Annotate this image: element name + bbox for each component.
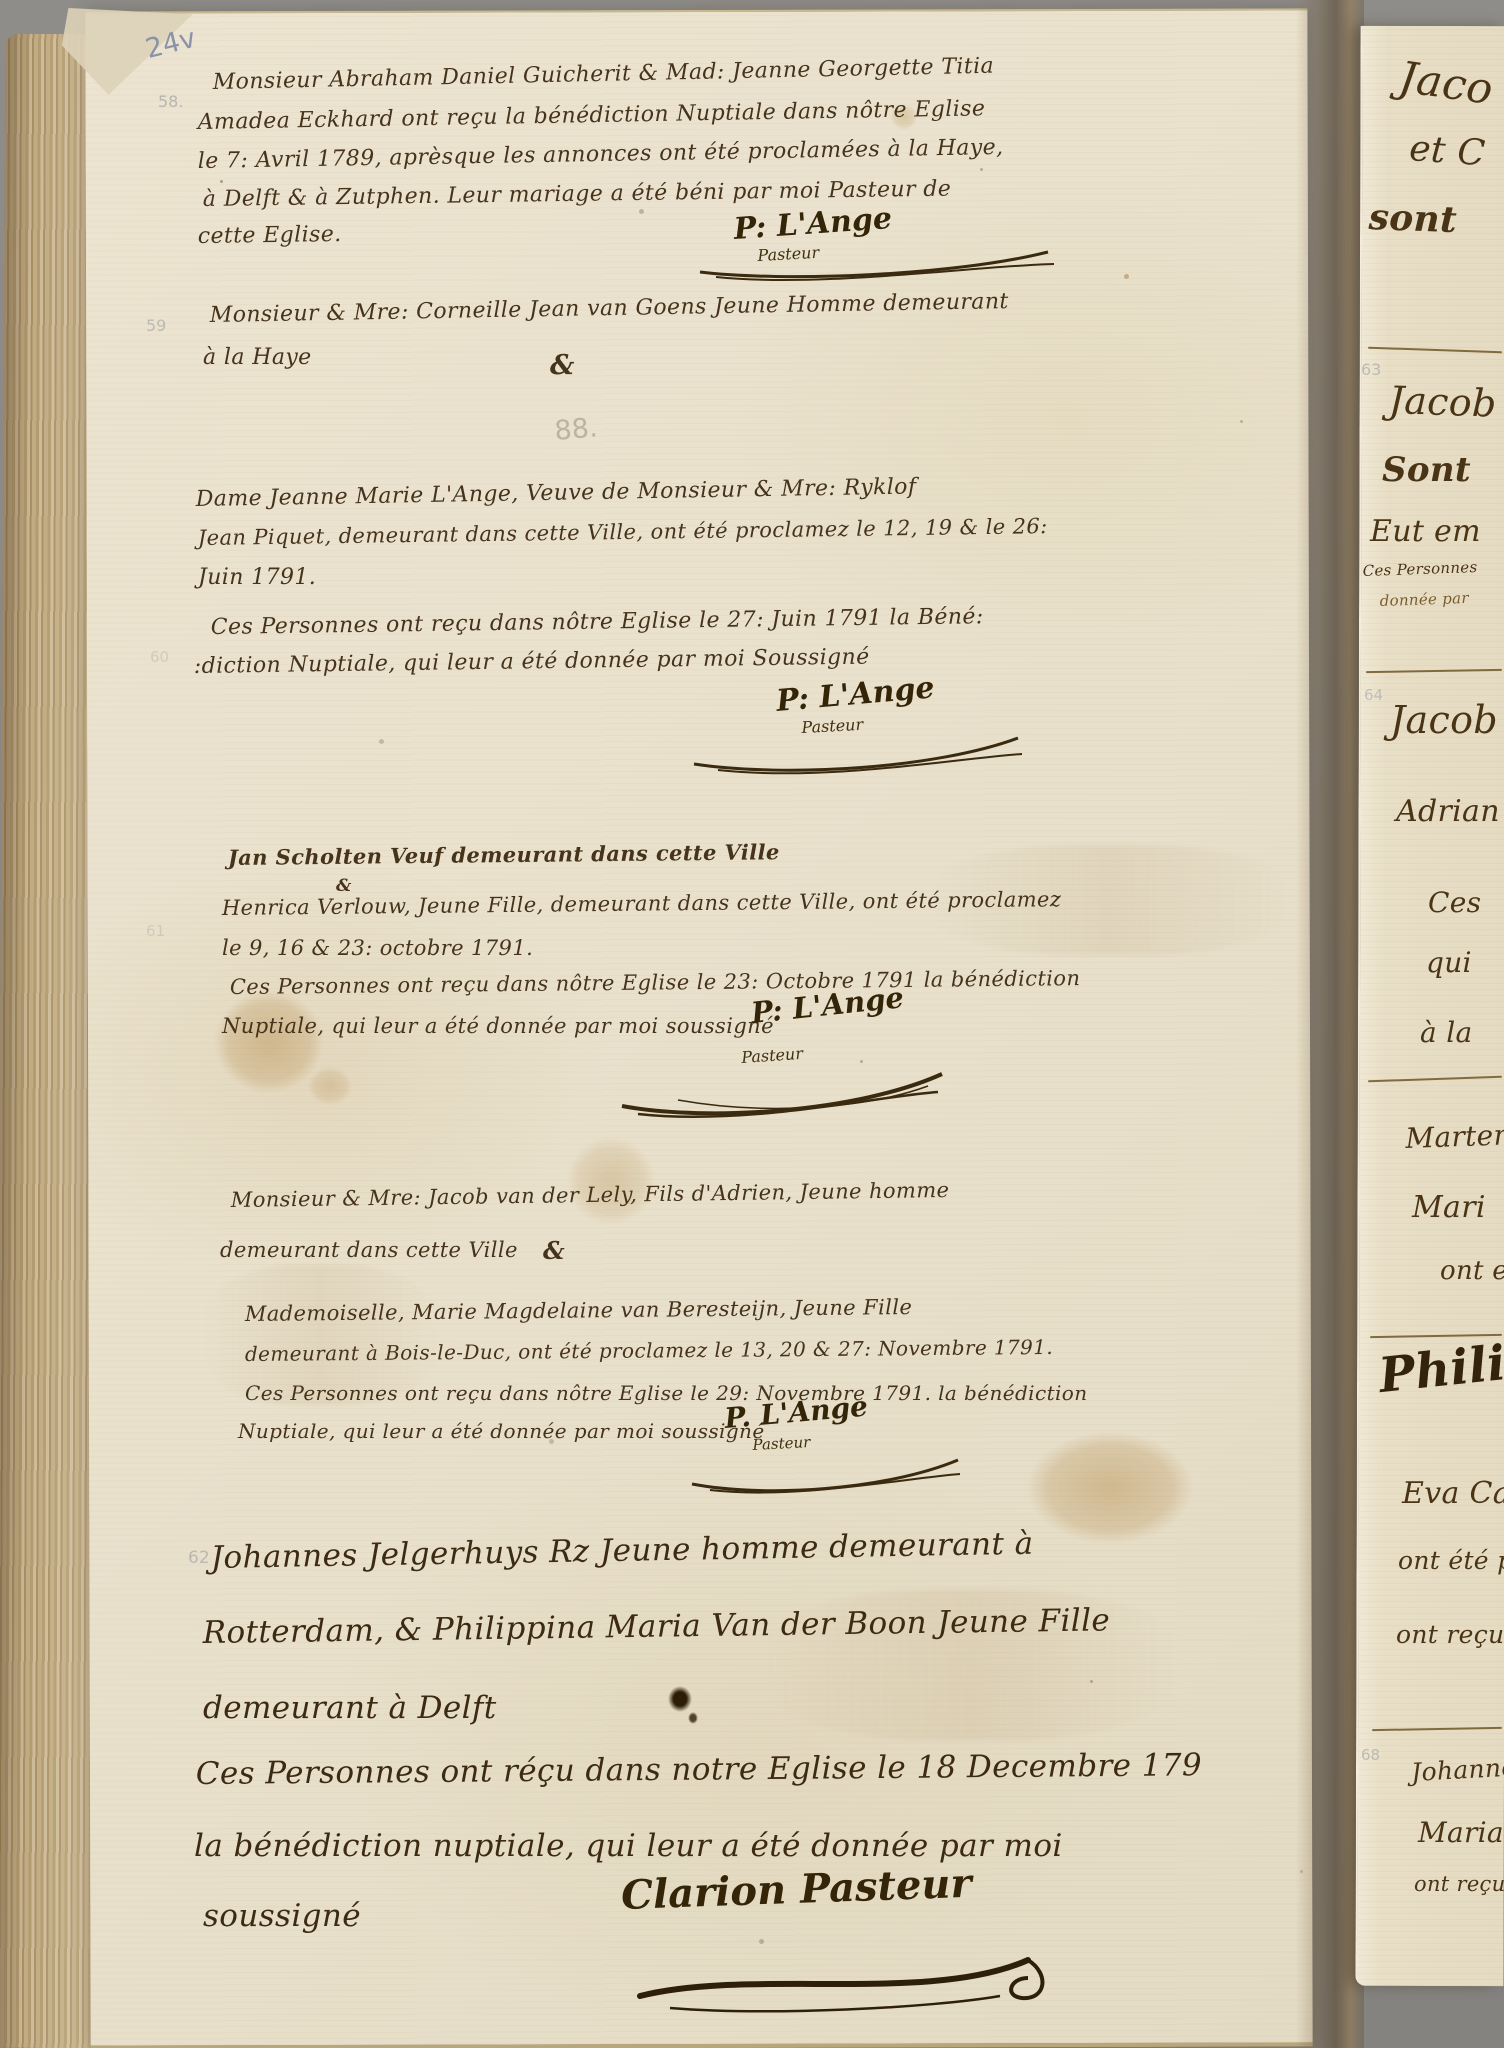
entry-62-line: la bénédiction nuptiale, qui leur a été … xyxy=(194,1828,1063,1864)
ink-blot xyxy=(668,1686,692,1712)
right-page xyxy=(1355,26,1504,1986)
signature-flourish xyxy=(618,1056,948,1120)
margin-number-61: 61 xyxy=(146,922,165,940)
right-fragment: ont reçu xyxy=(1396,1620,1504,1649)
margin-number-62: 62 xyxy=(188,1548,210,1568)
signature-name: Clarion xyxy=(620,1866,787,1919)
right-fragment: Adrian xyxy=(1396,794,1500,829)
entry-60-ampersand: & xyxy=(336,876,352,896)
book-gutter-shadow xyxy=(1296,0,1364,2048)
entry-61-line: Nuptiale, qui leur a été donnée par moi … xyxy=(238,1419,765,1443)
right-fragment: Sont xyxy=(1382,450,1471,490)
signature-flourish xyxy=(688,724,1028,776)
right-fragment: et C xyxy=(1408,128,1487,174)
paper-specks xyxy=(220,180,223,183)
right-fragment: Mari xyxy=(1412,1190,1486,1225)
entry-61-ampersand: & xyxy=(543,1236,565,1265)
right-fragment: Eva Ca xyxy=(1402,1476,1504,1511)
margin-number-58: 58. xyxy=(158,92,183,111)
right-fragment: Marten xyxy=(1405,1118,1504,1155)
right-fragment: ont e xyxy=(1440,1256,1504,1286)
margin-number-63: 63 xyxy=(1361,360,1381,379)
entry-61-line: demeurant dans cette Ville xyxy=(220,1238,518,1262)
entry-59-line: Juin 1791. xyxy=(198,565,316,590)
signature-flourish xyxy=(692,236,1062,282)
right-fragment: à la xyxy=(1420,1016,1472,1049)
pencil-note-88: 88. xyxy=(553,412,598,447)
right-fragment: ont été p xyxy=(1398,1546,1504,1575)
entry-59-ampersand: & xyxy=(550,350,575,381)
margin-number-68: 68 xyxy=(1361,1746,1380,1764)
margin-number-60: 60 xyxy=(150,648,169,666)
margin-number-64: 64 xyxy=(1364,686,1383,704)
right-fragment: Johannes xyxy=(1410,1752,1504,1787)
right-fragment: Maria xyxy=(1418,1816,1504,1849)
entry-62-line: soussigné xyxy=(203,1898,361,1934)
signature-title: Pasteur xyxy=(799,1860,972,1913)
right-fragment: Jacob xyxy=(1388,378,1497,426)
right-fragment: ont reçu xyxy=(1414,1872,1504,1896)
stain-blot-center xyxy=(552,1122,670,1240)
entry-60-line: le 9, 16 & 23: octobre 1791. xyxy=(222,936,533,960)
manuscript-photo: { "folio_label": "24v", "colors": { "bac… xyxy=(0,0,1504,2048)
right-fragment: Eut em xyxy=(1370,514,1481,549)
ink-blot xyxy=(688,1712,698,1724)
entry-59-line: à la Haye xyxy=(203,345,312,370)
signature-flourish xyxy=(686,1446,966,1496)
entry-60-line: Nuptiale, qui leur a été donnée par moi … xyxy=(222,1014,774,1038)
entry-58-line: cette Eglise. xyxy=(198,222,342,249)
stain-blot-left-satellite xyxy=(300,1060,360,1112)
entry-62-line: demeurant à Delft xyxy=(203,1690,497,1726)
signature-flourish xyxy=(630,1938,1060,2018)
right-fragment: Ces xyxy=(1428,886,1481,919)
right-fragment: qui xyxy=(1426,946,1472,979)
right-fragment: Jacob xyxy=(1390,698,1498,742)
right-fragment: sont xyxy=(1368,196,1458,241)
entry-61-line: Ces Personnes ont reçu dans nôtre Eglise… xyxy=(245,1381,1088,1405)
margin-number-59: 59 xyxy=(146,316,166,335)
right-fragment: donnée par xyxy=(1379,589,1469,610)
